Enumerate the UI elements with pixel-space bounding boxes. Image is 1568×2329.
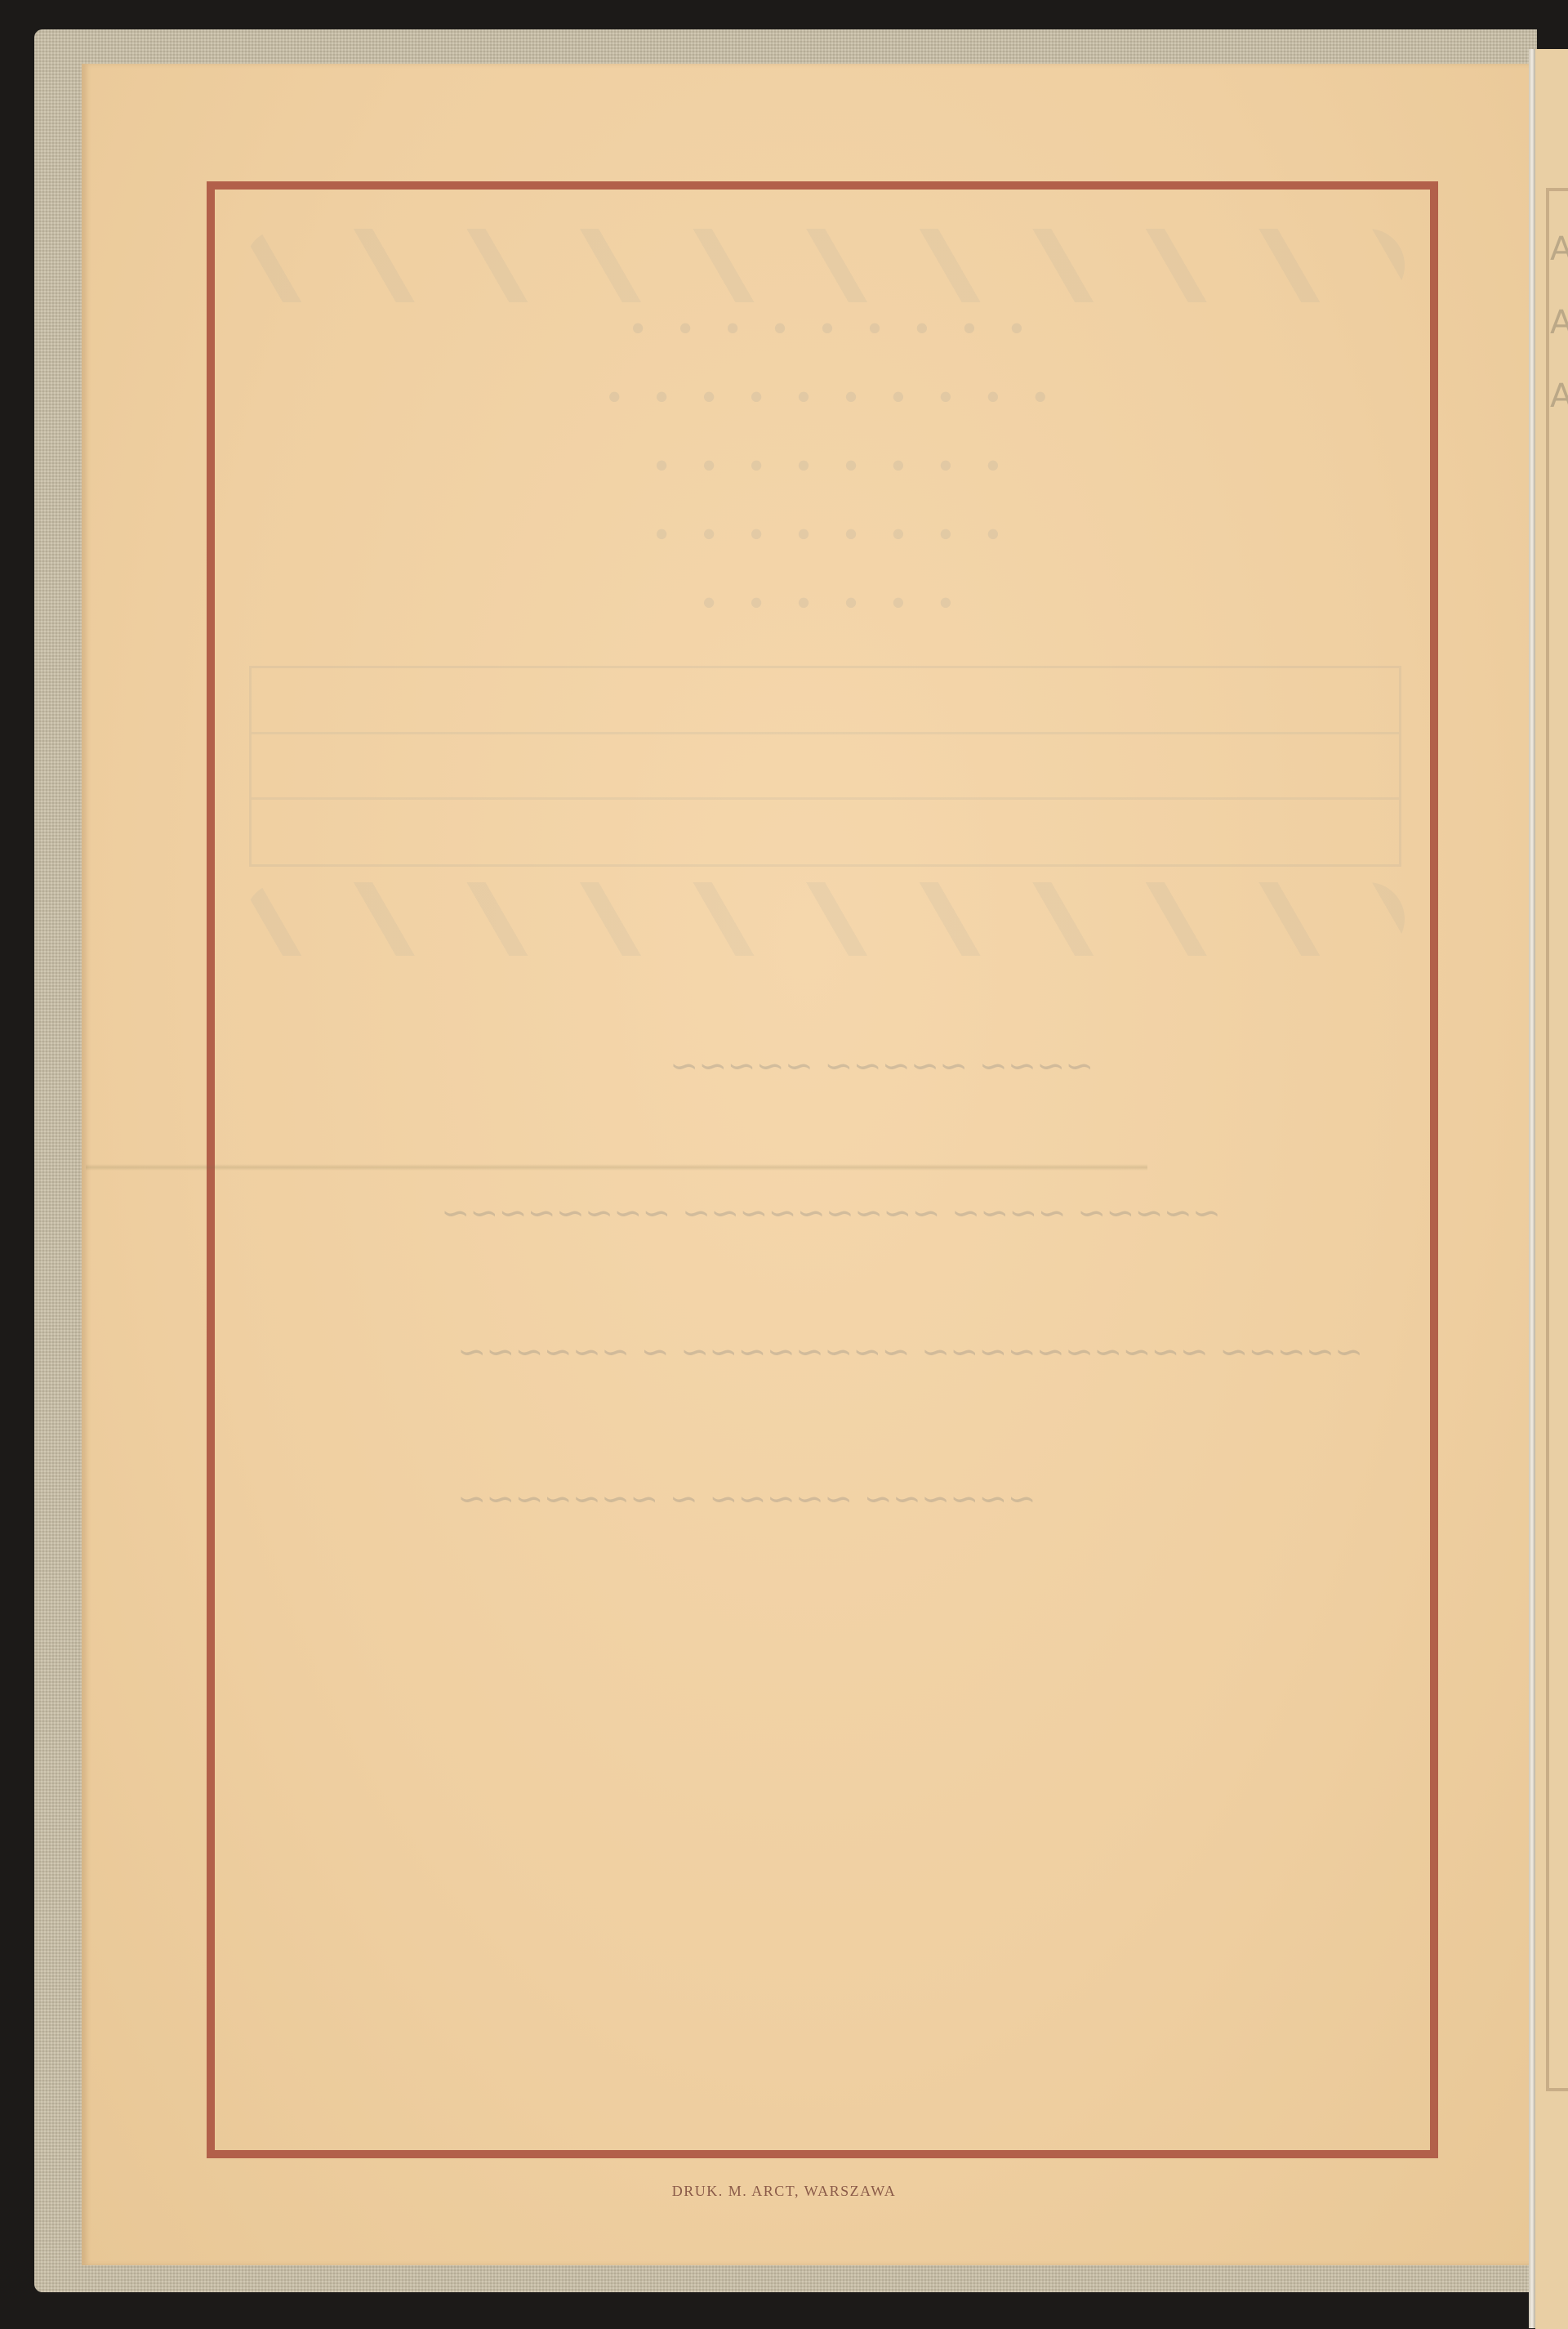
- handwriting-bleedthrough-line: ~~~~~~ ~~~~~ ~ ~~~~~~~: [457, 1479, 1036, 1519]
- bleedthrough-line: · · · · · · · · · ·: [245, 363, 1405, 431]
- handwriting-bleedthrough-line: ~~~~ ~~~~~ ~~~~~: [670, 1046, 1094, 1086]
- page-gutter-edge: [1529, 49, 1535, 2328]
- printer-imprint: DRUK. M. ARCT, WARSZAWA: [0, 2183, 1568, 2200]
- handwriting-bleedthrough-line: ~~~~~ ~~~~~~~~~~ ~~~~~~~~ ~ ~~~~~~: [457, 1332, 1363, 1372]
- bleedthrough-line: · · · · · · · ·: [245, 431, 1405, 500]
- bleedthrough-line: · · · · · · · ·: [245, 500, 1405, 569]
- paper-fold-crease: [86, 1164, 1147, 1171]
- bleedthrough-title-block: · · · · · · · · · · · · · · · · · · · · …: [245, 294, 1405, 637]
- adjacent-page-frame: [1546, 188, 1568, 2091]
- ornament-bottom-bleedthrough: [245, 882, 1405, 956]
- bleedthrough-line: · · · · · ·: [245, 569, 1405, 637]
- handwriting-bleedthrough-line: ~~~~~ ~~~~ ~~~~~~~~~ ~~~~~~~~: [441, 1193, 1221, 1233]
- bleedthrough-table: [249, 666, 1401, 867]
- ornament-top-bleedthrough: [245, 229, 1405, 302]
- adjacent-page-letters: AAA: [1550, 212, 1568, 433]
- bleedthrough-line: · · · · · · · · ·: [245, 294, 1405, 363]
